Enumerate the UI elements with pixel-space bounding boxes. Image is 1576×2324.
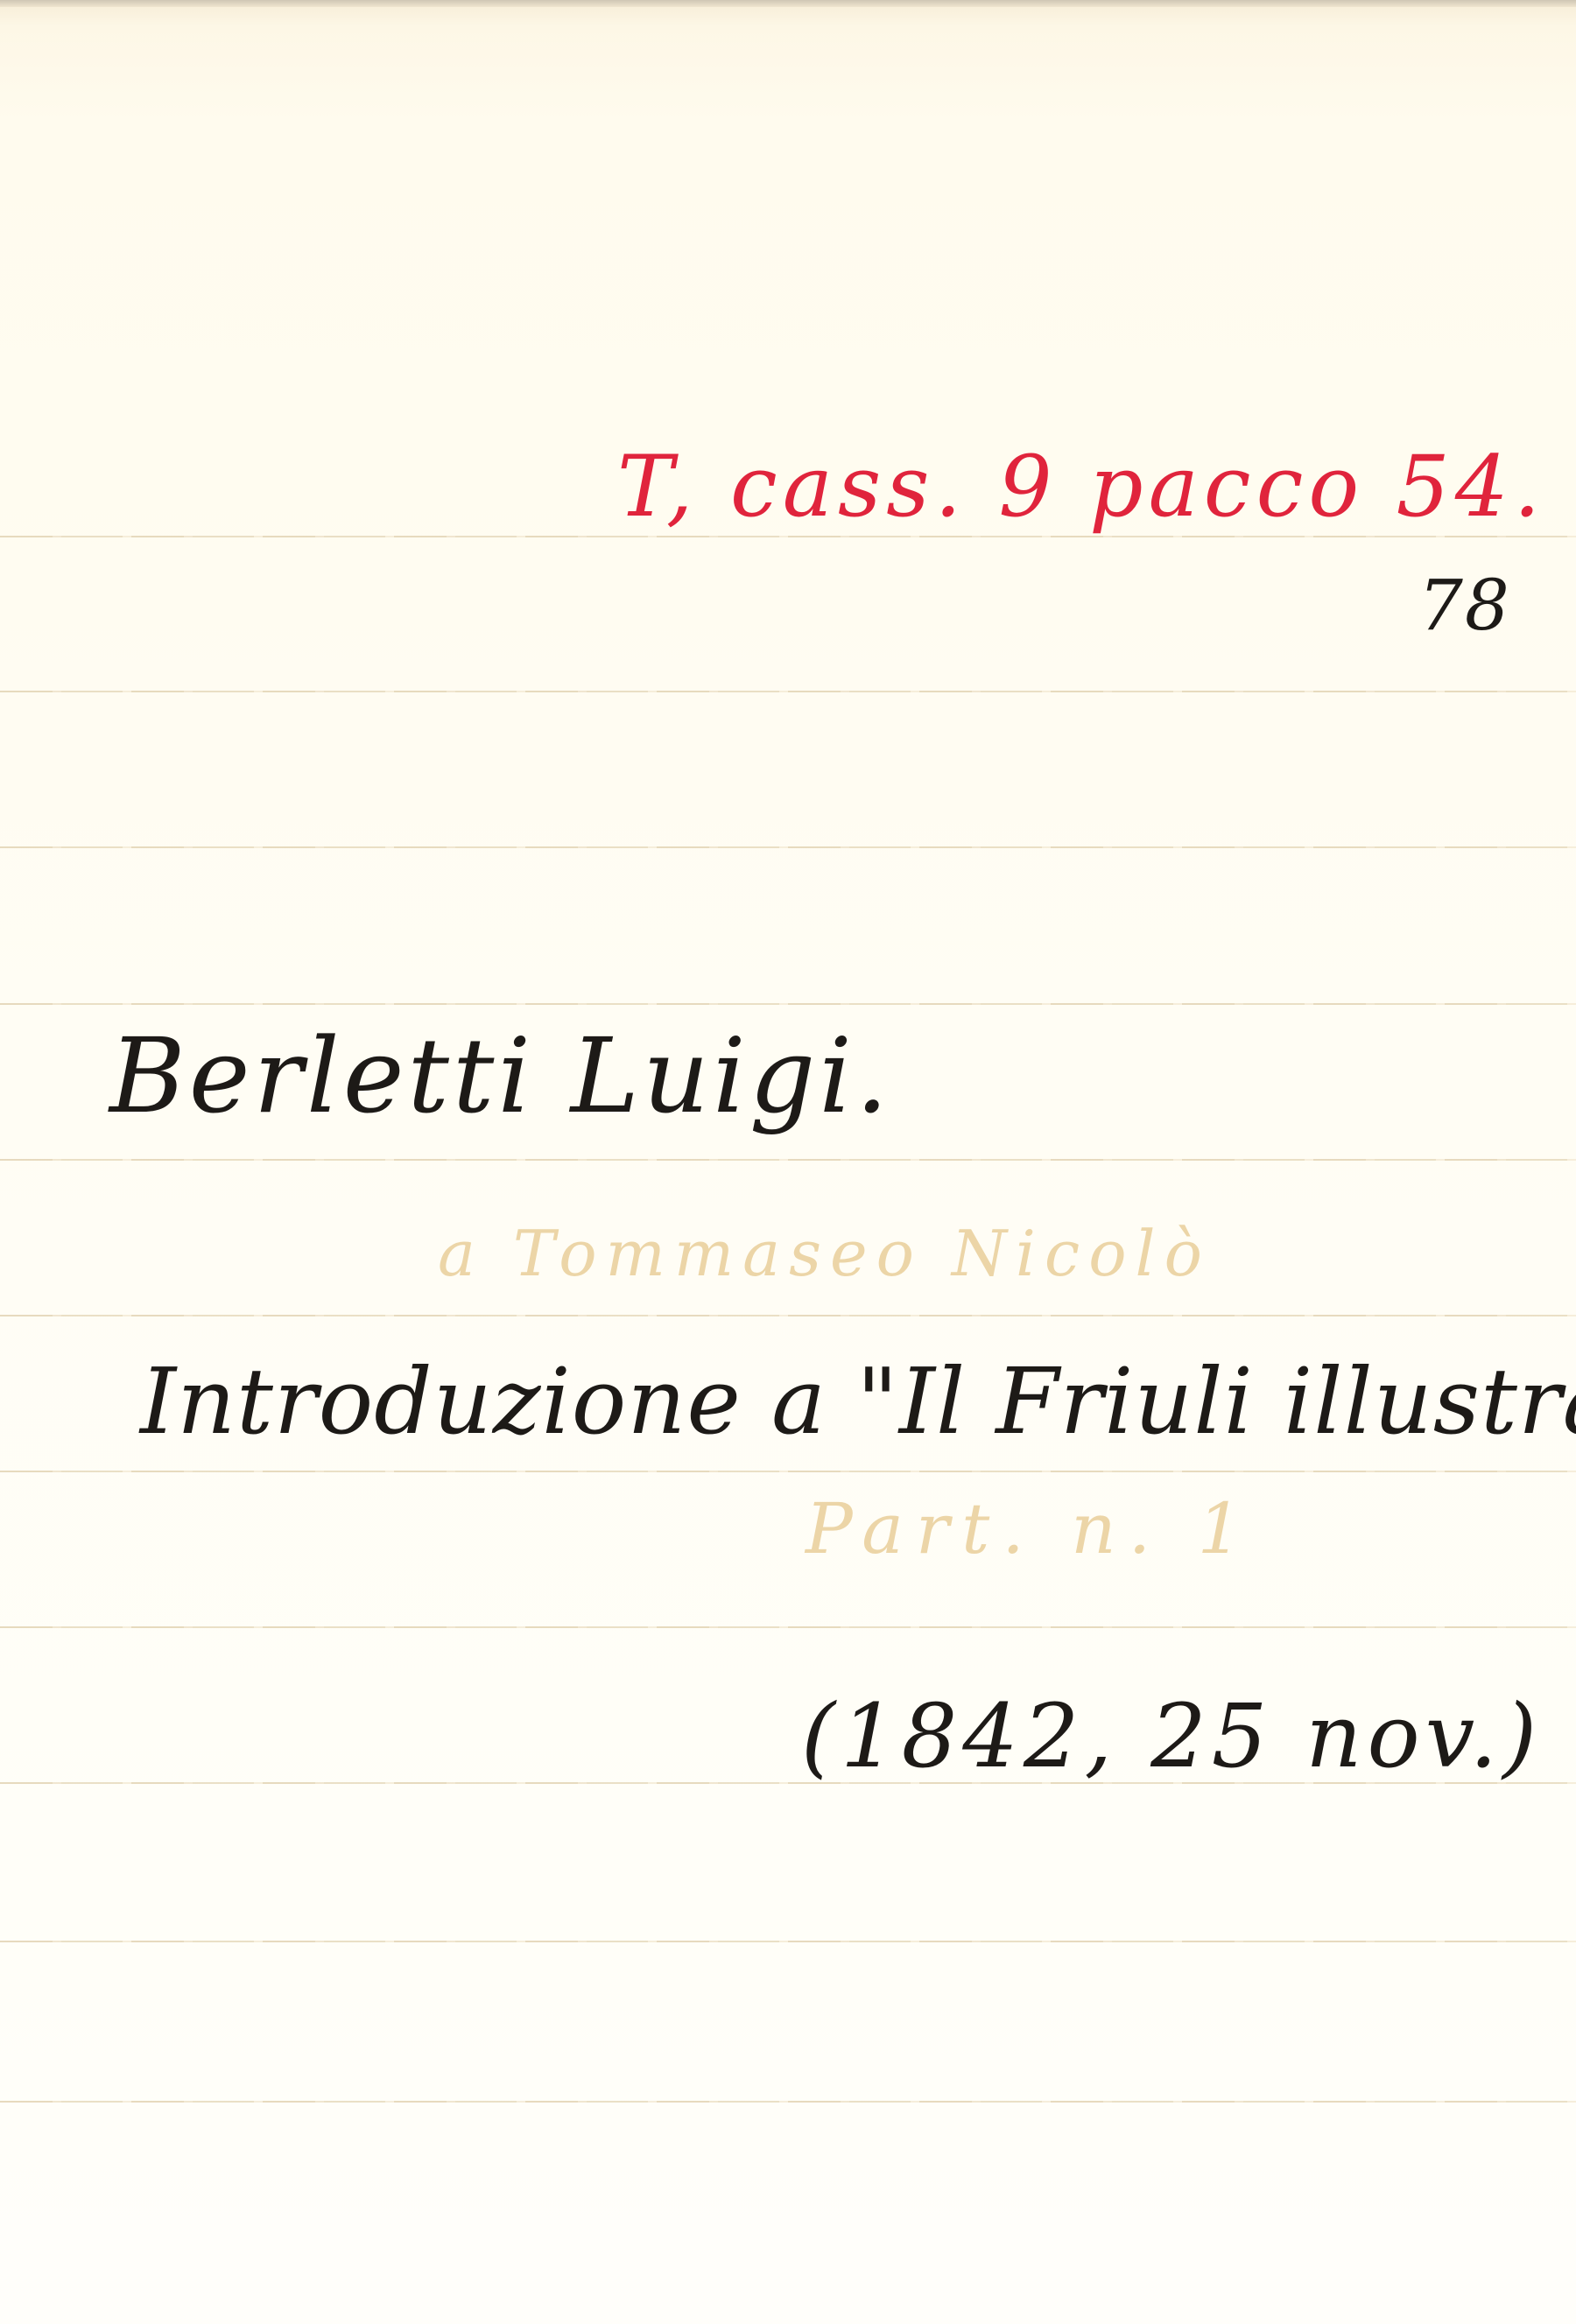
author-name: Berletti Luigi.: [109, 1015, 892, 1136]
document-title: Introduzione a "Il Friuli illustrato": [140, 1348, 1576, 1455]
ruled-line: [0, 1159, 1576, 1161]
recipient-name: a Tommaseo Nicolò: [438, 1217, 1211, 1290]
folio-number: 78: [1418, 565, 1511, 646]
catalog-card: T, cass. 9 pacco 54. 78 Berletti Luigi. …: [0, 0, 1576, 2324]
ruled-line: [0, 2101, 1576, 2103]
archive-reference: T, cass. 9 pacco 54.: [617, 438, 1545, 536]
ruled-line: [0, 1941, 1576, 1942]
ruled-line: [0, 536, 1576, 537]
reference-note: Part. n. 1: [806, 1488, 1254, 1569]
ruled-line: [0, 1315, 1576, 1316]
card-top-edge: [0, 0, 1576, 7]
ruled-line: [0, 1471, 1576, 1472]
ruled-line: [0, 1626, 1576, 1628]
ruled-line: [0, 846, 1576, 848]
ruled-line: [0, 691, 1576, 692]
ruled-line: [0, 1003, 1576, 1005]
document-date: (1842, 25 nov.): [801, 1685, 1542, 1787]
